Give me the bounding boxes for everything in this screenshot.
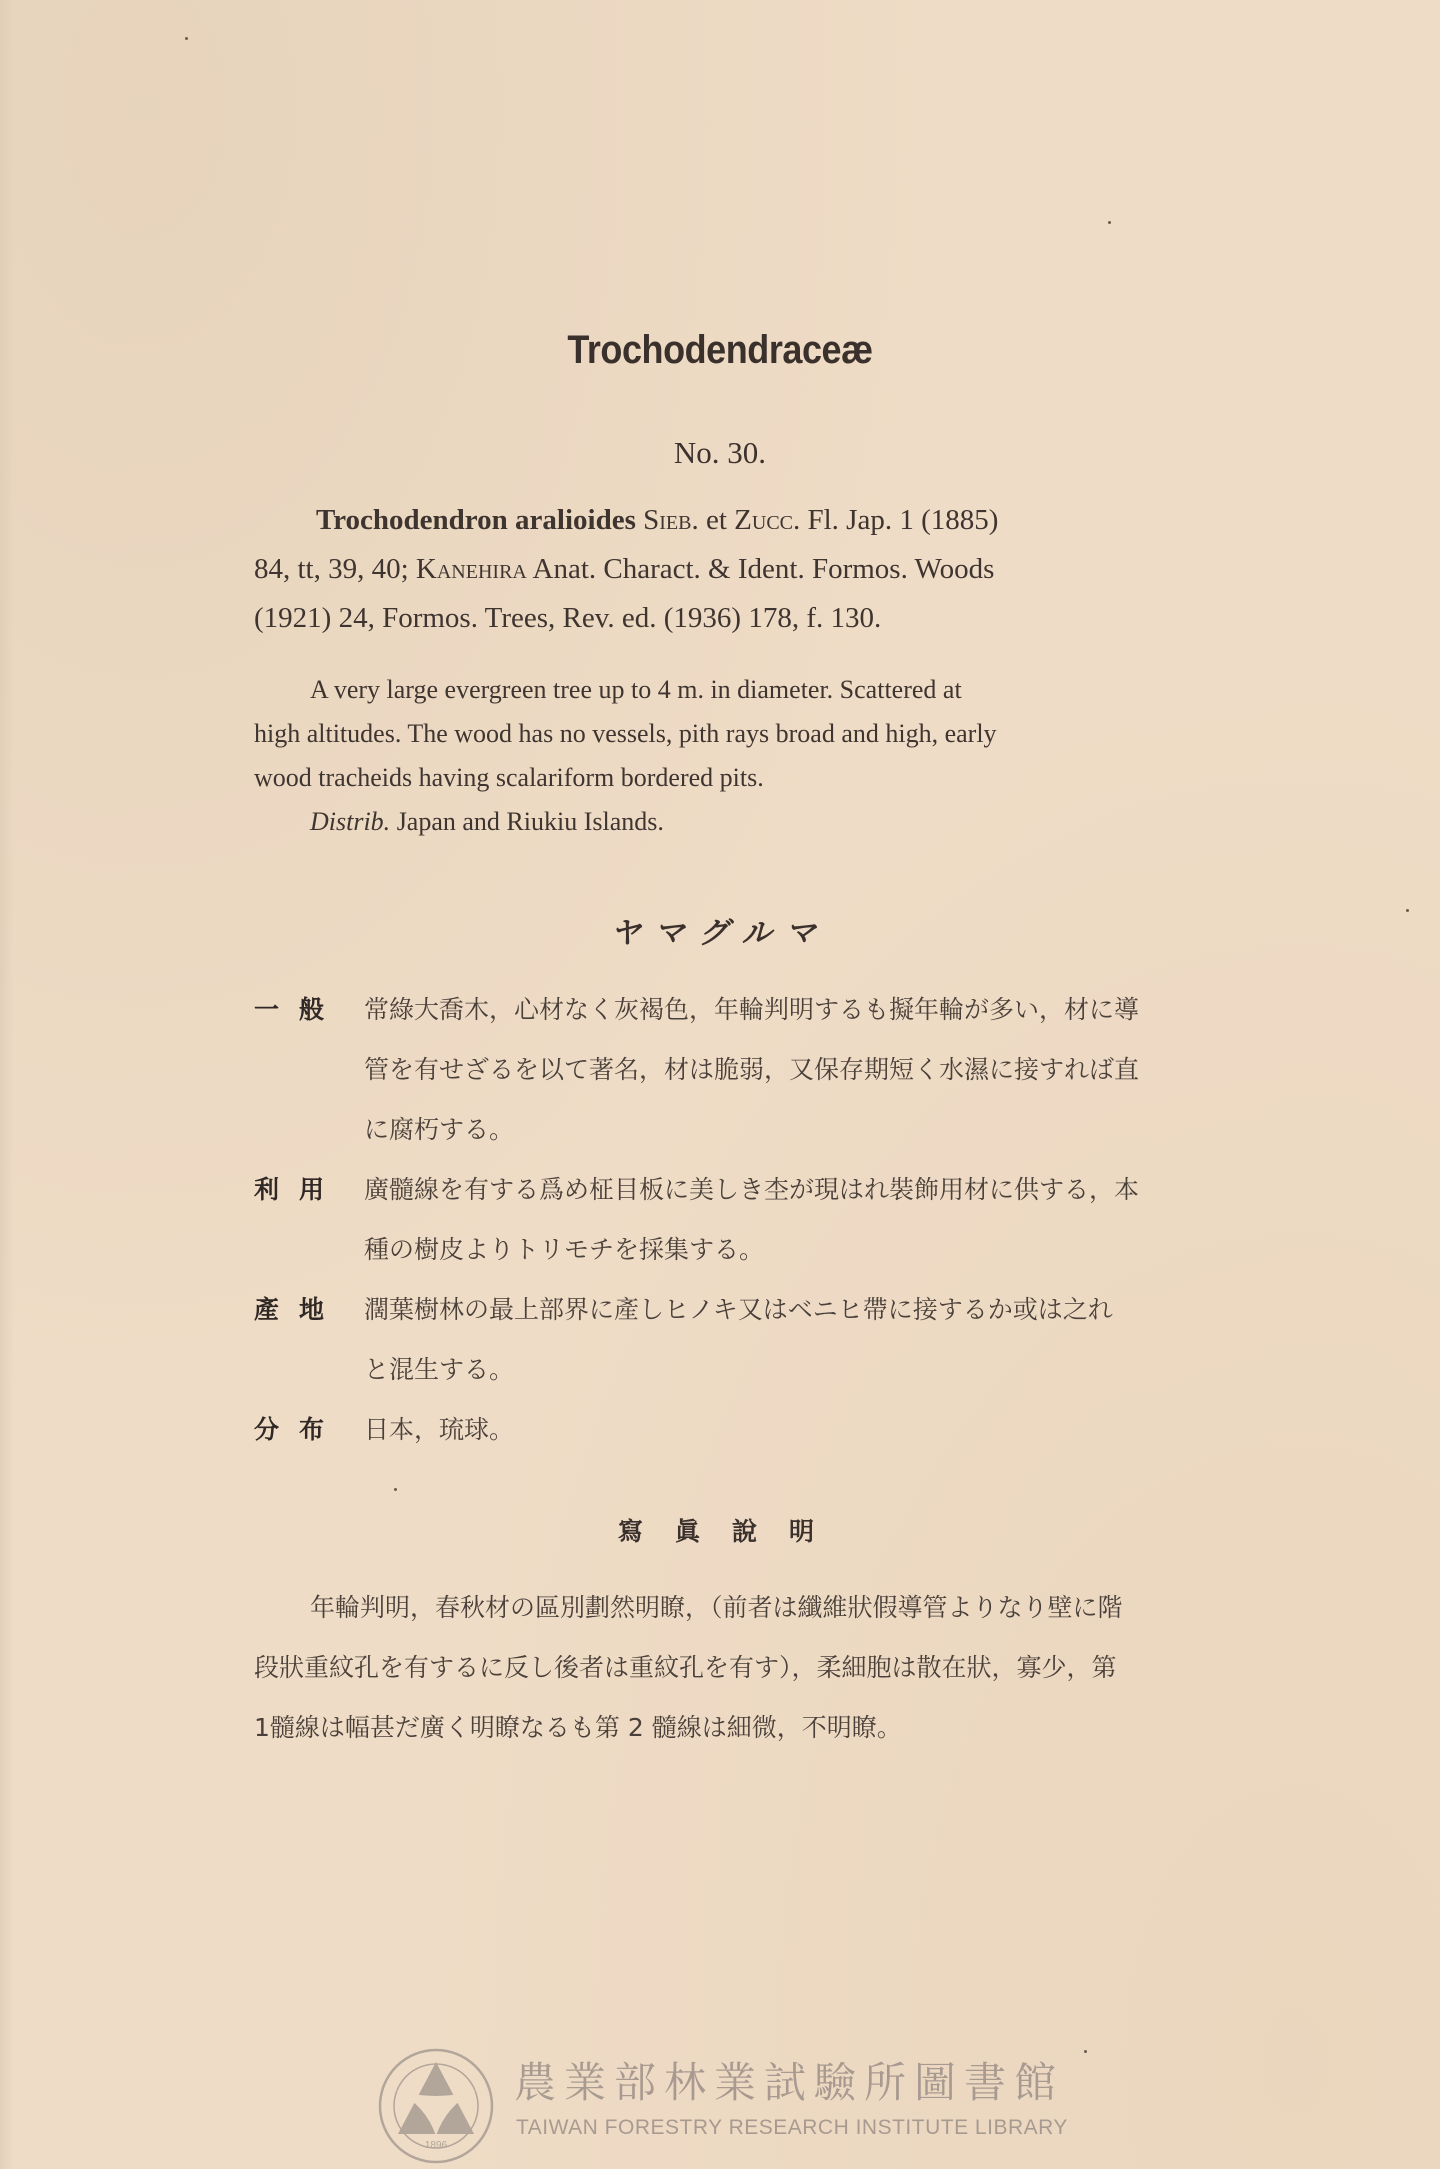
section-label: 利用 xyxy=(254,1160,364,1280)
paper-speck xyxy=(185,37,188,40)
citation-flora: Fl. Jap. 1 (1885) xyxy=(800,504,998,536)
distribution-line: Distrib. Japan and Riukiu Islands. xyxy=(254,800,1212,844)
family-title: Trochodendraceæ xyxy=(72,328,1368,373)
paper-speck xyxy=(394,1488,397,1491)
distrib-text: Japan and Riukiu Islands. xyxy=(390,807,664,836)
section-usage: 利用 廣髓線を有する爲め柾目板に美しき杢が現はれ裝飾用材に供する，本 種の樹皮よ… xyxy=(254,1160,1214,1280)
section-line: に腐朽する。 xyxy=(364,1100,1214,1160)
document-page: Trochodendraceæ No. 30. Trochodendron ar… xyxy=(0,0,1440,2169)
library-watermark: 1896 農業部林業試驗所圖書館 TAIWAN FORESTRY RESEARC… xyxy=(374,2044,1094,2164)
logo-year: 1896 xyxy=(425,2140,448,2151)
institute-logo-icon: 1896 xyxy=(374,2044,498,2168)
paper-speck xyxy=(1108,221,1111,224)
paper-speck xyxy=(1406,909,1409,912)
photo-caption-title: 寫眞說明 xyxy=(0,1512,1440,1548)
description-line: wood tracheids having scalariform border… xyxy=(254,756,1212,800)
section-text: 日本，琉球。 xyxy=(364,1400,1214,1460)
photo-caption-text: 年輪判明，春秋材の區別劃然明瞭，（前者は纖維狀假導管よりなり壁に階 段狀重紋孔を… xyxy=(254,1578,1214,1758)
caption-line: 段狀重紋孔を有するに反し後者は重紋孔を有す），柔細胞は散在狀，寡少，第 xyxy=(254,1638,1214,1698)
section-line: 日本，琉球。 xyxy=(364,1400,1214,1460)
section-line: 常綠大喬木，心材なく灰褐色，年輪判明するも擬年輪が多い，材に導 xyxy=(364,980,1214,1040)
description-line: high altitudes. The wood has no vessels,… xyxy=(254,712,1212,756)
author-kanehira: Kanehira xyxy=(416,553,527,585)
japanese-sections: 一般 常綠大喬木，心材なく灰褐色，年輪判明するも擬年輪が多い，材に導 管を有せざ… xyxy=(254,980,1214,1460)
binomial-name: Trochodendron aralioides xyxy=(316,504,636,536)
reference-line-3: (1921) 24, Formos. Trees, Rev. ed. (1936… xyxy=(254,594,1212,643)
author-sieb: Sieb. xyxy=(643,504,699,536)
caption-line: 1髓線は幅甚だ廣く明瞭なるも第 2 髓線は細微，不明瞭。 xyxy=(254,1698,1214,1758)
reference-line-2: 84, tt, 39, 40; Kanehira Anat. Charact. … xyxy=(254,545,1212,594)
section-text: 廣髓線を有する爲め柾目板に美しき杢が現はれ裝飾用材に供する，本 種の樹皮よりトリ… xyxy=(364,1160,1214,1280)
section-text: 常綠大喬木，心材なく灰褐色，年輪判明するも擬年輪が多い，材に導 管を有せざるを以… xyxy=(364,980,1214,1160)
section-label: 分布 xyxy=(254,1400,364,1460)
author-connector: et xyxy=(699,504,734,536)
reference-line-1: Trochodendron aralioides Sieb. et Zucc. … xyxy=(254,496,1212,545)
caption-line: 年輪判明，春秋材の區別劃然明瞭，（前者は纖維狀假導管よりなり壁に階 xyxy=(254,1578,1214,1638)
section-line: 濶葉樹林の最上部界に產しヒノキ又はベニヒ帶に接するか或は之れ xyxy=(364,1280,1214,1340)
library-name-english: TAIWAN FORESTRY RESEARCH INSTITUTE LIBRA… xyxy=(516,2116,1068,2140)
paper-speck xyxy=(1084,2050,1087,2053)
distrib-label: Distrib. xyxy=(310,807,390,836)
section-line: と混生する。 xyxy=(364,1340,1214,1400)
species-number: No. 30. xyxy=(0,435,1440,471)
library-name-chinese: 農業部林業試驗所圖書館 xyxy=(514,2050,1064,2110)
japanese-name-title: ヤマグルマ xyxy=(0,908,1440,952)
section-text: 濶葉樹林の最上部界に產しヒノキ又はベニヒ帶に接するか或は之れ と混生する。 xyxy=(364,1280,1214,1400)
citation-plates: 84, tt, 39, 40; xyxy=(254,553,416,585)
english-description: A very large evergreen tree up to 4 m. i… xyxy=(254,668,1212,844)
section-label: 一般 xyxy=(254,980,364,1160)
author-zucc: Zucc. xyxy=(734,504,800,536)
section-line: 種の樹皮よりトリモチを採集する。 xyxy=(364,1220,1214,1280)
section-line: 廣髓線を有する爲め柾目板に美しき杢が現はれ裝飾用材に供する，本 xyxy=(364,1160,1214,1220)
section-general: 一般 常綠大喬木，心材なく灰褐色，年輪判明するも擬年輪が多い，材に導 管を有せざ… xyxy=(254,980,1214,1160)
section-distribution: 分布 日本，琉球。 xyxy=(254,1400,1214,1460)
section-line: 管を有せざるを以て著名，材は脆弱，又保存期短く水濕に接すれば直 xyxy=(364,1040,1214,1100)
citation-anat: Anat. Charact. & Ident. Formos. Woods xyxy=(527,553,995,585)
description-line: A very large evergreen tree up to 4 m. i… xyxy=(254,668,1212,712)
section-habitat: 產地 濶葉樹林の最上部界に產しヒノキ又はベニヒ帶に接するか或は之れ と混生する。 xyxy=(254,1280,1214,1400)
section-label: 產地 xyxy=(254,1280,364,1400)
species-reference: Trochodendron aralioides Sieb. et Zucc. … xyxy=(254,496,1212,643)
